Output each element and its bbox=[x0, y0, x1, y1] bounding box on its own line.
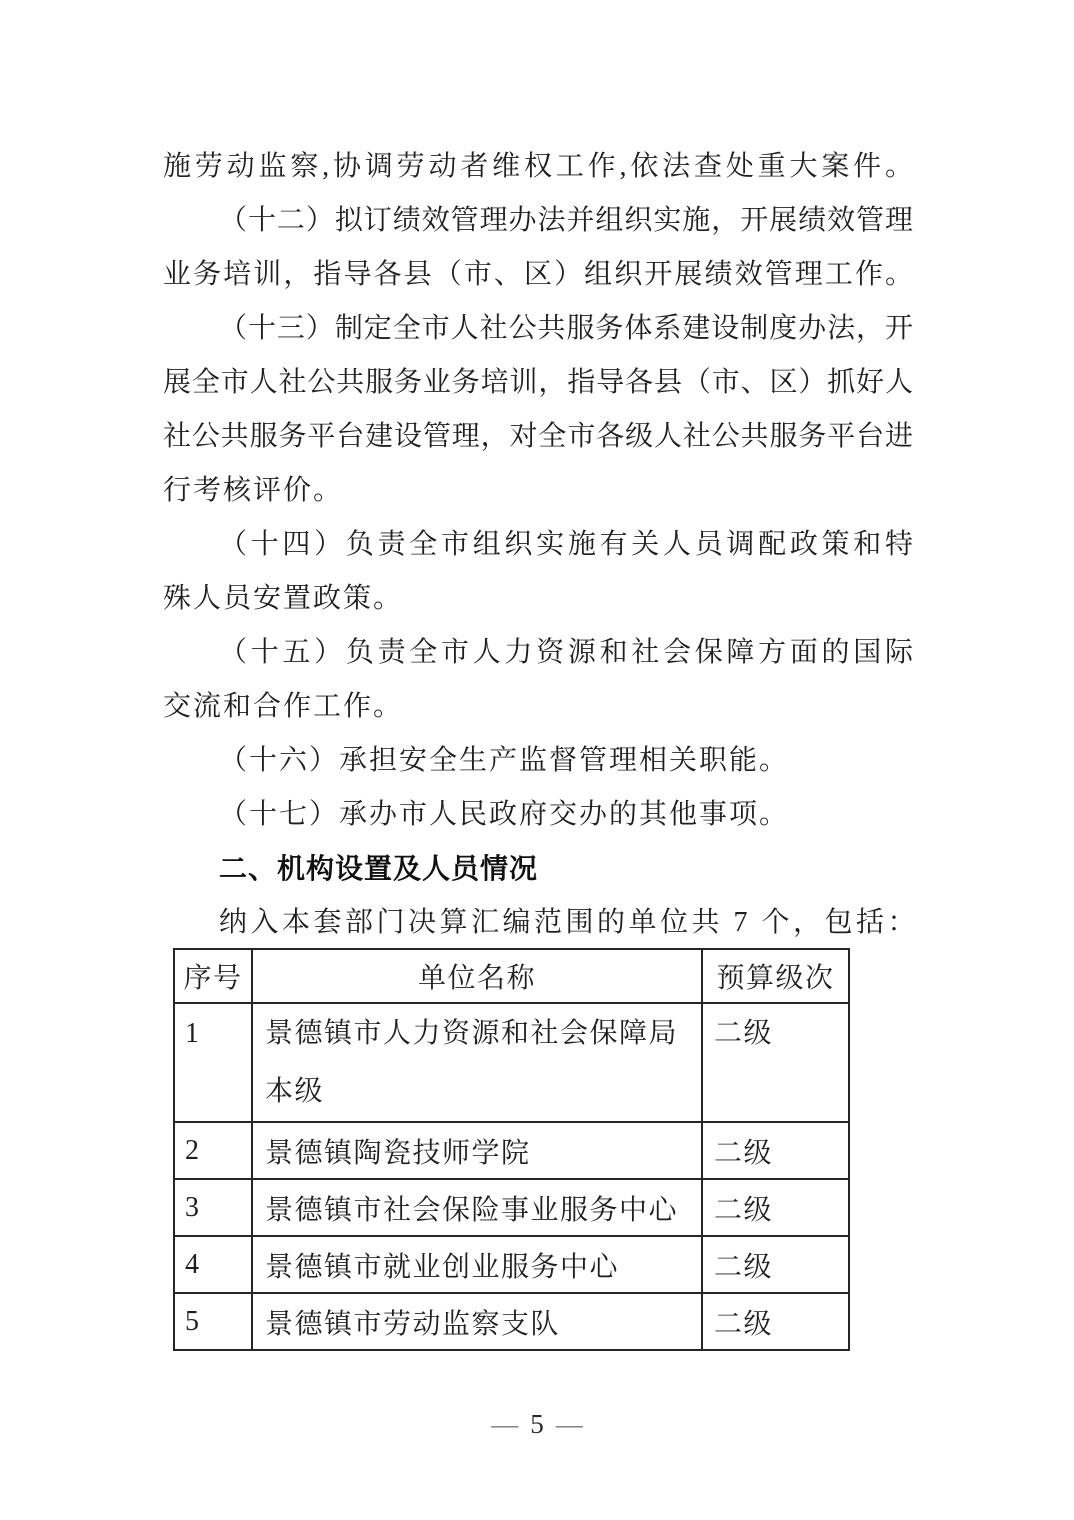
body-line: 殊人员安置政策。 bbox=[163, 572, 913, 626]
page-footer: —5— bbox=[0, 1408, 1074, 1440]
header-cell-no: 序号 bbox=[174, 949, 252, 1003]
row-no: 1 bbox=[175, 1005, 251, 1063]
footer-page-number: 5 bbox=[530, 1409, 544, 1439]
body-line: （十二）拟订绩效管理办法并组织实施，开展绩效管理 bbox=[163, 194, 913, 248]
row-no: 5 bbox=[175, 1306, 251, 1338]
body-line: （十四）负责全市组织实施有关人员调配政策和特 bbox=[163, 518, 913, 572]
body-line: 社公共服务平台建设管理，对全市各级人社公共服务平台进 bbox=[163, 410, 913, 464]
body-line: （十七）承办市人民政府交办的其他事项。 bbox=[163, 788, 913, 842]
footer-dash-left: — bbox=[491, 1409, 518, 1439]
table-row: 5 景德镇市劳动监察支队 二级 bbox=[174, 1293, 849, 1350]
body-line: （十五）负责全市人力资源和社会保障方面的国际 bbox=[163, 626, 913, 680]
header-cell-level: 预算级次 bbox=[702, 949, 849, 1003]
body-line: 行考核评价。 bbox=[163, 464, 913, 518]
text-block: 施劳动监察,协调劳动者维权工作,依法查处重大案件。 （十二）拟订绩效管理办法并组… bbox=[163, 140, 913, 950]
row-budget-level: 二级 bbox=[703, 1302, 848, 1342]
document-page: 施劳动监察,协调劳动者维权工作,依法查处重大案件。 （十二）拟订绩效管理办法并组… bbox=[0, 0, 1074, 1520]
body-line: 施劳动监察,协调劳动者维权工作,依法查处重大案件。 bbox=[163, 140, 913, 194]
intro-line: 纳入本套部门决算汇编范围的单位共 7 个，包括： bbox=[163, 896, 913, 950]
row-budget-level: 二级 bbox=[703, 1245, 848, 1285]
row-no: 2 bbox=[175, 1135, 251, 1167]
row-unit-name: 景德镇市劳动监察支队 bbox=[253, 1302, 701, 1342]
row-unit-name: 景德镇市就业创业服务中心 bbox=[253, 1245, 701, 1285]
row-unit-name: 景德镇陶瓷技师学院 bbox=[253, 1131, 701, 1171]
row-budget-level: 二级 bbox=[703, 1131, 848, 1171]
table-row: 2 景德镇陶瓷技师学院 二级 bbox=[174, 1122, 849, 1179]
body-line: （十三）制定全市人社公共服务体系建设制度办法，开 bbox=[163, 302, 913, 356]
footer-dash-right: — bbox=[556, 1409, 583, 1439]
body-line: （十六）承担安全生产监督管理相关职能。 bbox=[163, 734, 913, 788]
body-line: 展全市人社公共服务业务培训，指导各县（市、区）抓好人 bbox=[163, 356, 913, 410]
row-no: 4 bbox=[175, 1249, 251, 1281]
row-unit-name: 本级 bbox=[253, 1063, 701, 1121]
header-cell-name: 单位名称 bbox=[252, 949, 702, 1003]
row-no: 3 bbox=[175, 1192, 251, 1224]
table-row: 3 景德镇市社会保险事业服务中心 二级 bbox=[174, 1179, 849, 1236]
table-row: 1 景德镇市人力资源和社会保障局 本级 二级 bbox=[174, 1003, 849, 1122]
row-unit-name: 景德镇市社会保险事业服务中心 bbox=[253, 1188, 701, 1228]
table-row: 4 景德镇市就业创业服务中心 二级 bbox=[174, 1236, 849, 1293]
table-header-row: 序号 单位名称 预算级次 bbox=[174, 949, 849, 1003]
section-heading: 二、机构设置及人员情况 bbox=[163, 842, 913, 896]
row-budget-level: 二级 bbox=[703, 1005, 848, 1063]
body-line: 业务培训，指导各县（市、区）组织开展绩效管理工作。 bbox=[163, 248, 913, 302]
row-unit-name: 景德镇市人力资源和社会保障局 bbox=[253, 1005, 701, 1063]
body-line: 交流和合作工作。 bbox=[163, 680, 913, 734]
row-budget-level: 二级 bbox=[703, 1188, 848, 1228]
units-table: 序号 单位名称 预算级次 1 景德镇市人力资源和社会保障局 本级 二级 2 景德… bbox=[173, 948, 850, 1351]
